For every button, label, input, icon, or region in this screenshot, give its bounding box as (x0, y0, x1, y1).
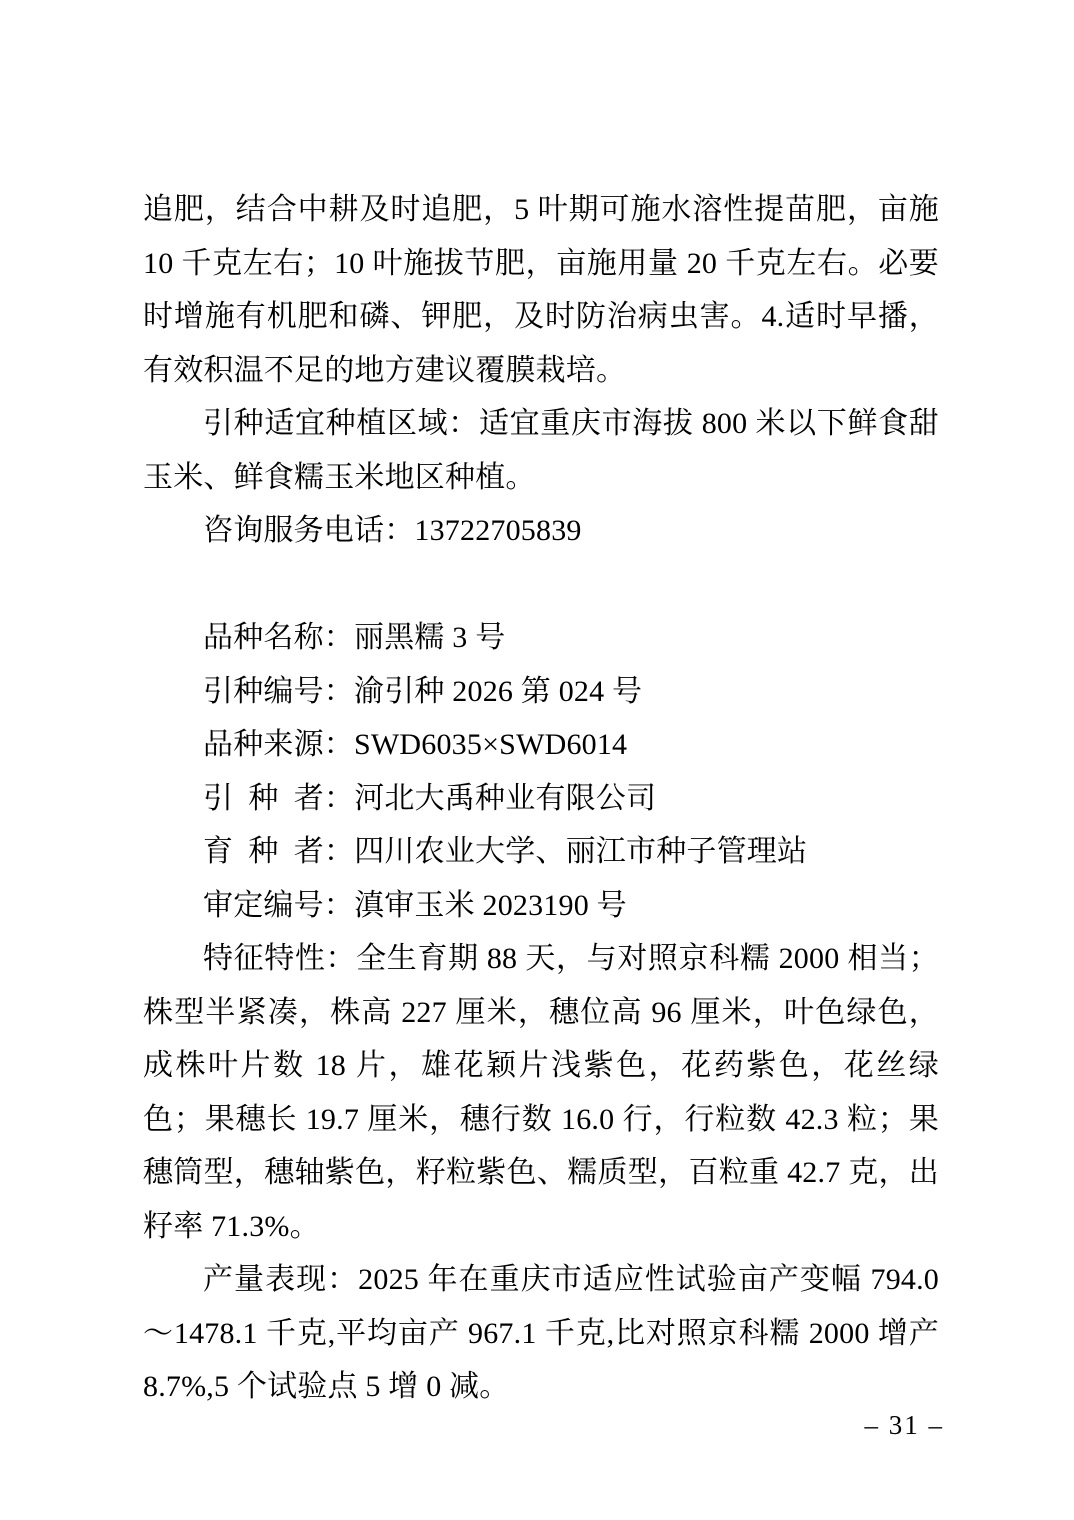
para-breeder: 育 种 者：四川农业大学、丽江市种子管理站 (143, 825, 939, 879)
para-introducer: 引 种 者：河北大禹种业有限公司 (143, 772, 939, 826)
para-approval-number: 审定编号：滇审玉米 2023190 号 (143, 879, 939, 933)
document-body: 追肥，结合中耕及时追肥，5 叶期可施水溶性提苗肥，亩施 10 千克左右；10 叶… (143, 183, 939, 1414)
para-suitable-region: 引种适宜种植区域：适宜重庆市海拔 800 米以下鲜食甜玉米、鲜食糯玉米地区种植。 (143, 397, 939, 504)
page-number: – 31 – (865, 1410, 945, 1441)
para-variety-source: 品种来源：SWD6035×SWD6014 (143, 718, 939, 772)
para-introduction-number: 引种编号：渝引种 2026 第 024 号 (143, 665, 939, 719)
para-variety-name: 品种名称：丽黑糯 3 号 (143, 611, 939, 665)
para-yield-performance: 产量表现：2025 年在重庆市适应性试验亩产变幅 794.0～1478.1 千克… (143, 1253, 939, 1414)
para-characteristics: 特征特性：全生育期 88 天，与对照京科糯 2000 相当；株型半紧凑，株高 2… (143, 932, 939, 1253)
para-topdressing-continuation: 追肥，结合中耕及时追肥，5 叶期可施水溶性提苗肥，亩施 10 千克左右；10 叶… (143, 183, 939, 397)
para-consult-phone: 咨询服务电话：13722705839 (143, 504, 939, 558)
document-page: 追肥，结合中耕及时追肥，5 叶期可施水溶性提苗肥，亩施 10 千克左右；10 叶… (0, 0, 1074, 1520)
blank-line (143, 558, 939, 612)
